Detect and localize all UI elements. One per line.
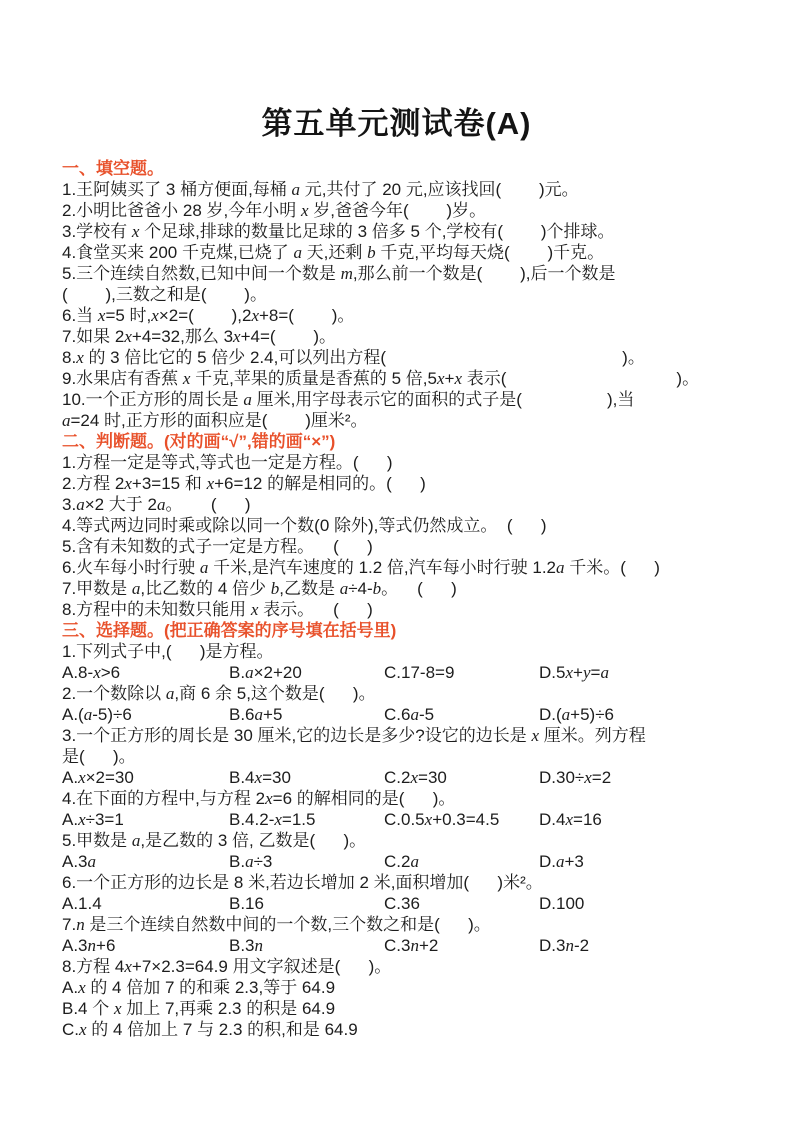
question-line: 10.一个正方形的周长是 a 厘米,用字母表示它的面积的式子是( ),当 <box>62 389 769 410</box>
option-item: D.(a+5)÷6 <box>539 704 614 725</box>
option-item: D.100 <box>539 893 584 914</box>
question-line: 4.食堂买来 200 千克煤,已烧了 a 天,还剩 b 千克,平均每天烧( )千… <box>62 242 769 263</box>
options-row: A.8-x>6B.a×2+20C.17-8=9D.5x+y=a <box>62 662 769 683</box>
question-line: 9.水果店有香蕉 x 千克,苹果的质量是香蕉的 5 倍,5x+x 表示( )。 <box>62 368 769 389</box>
question-line: 4.等式两边同时乘或除以同一个数(0 除外),等式仍然成立。 ( ) <box>62 515 769 536</box>
question-line: 3.一个正方形的周长是 30 厘米,它的边长是多少?设它的边长是 x 厘米。列方… <box>62 725 769 746</box>
option-item: D.5x+y=a <box>539 662 609 683</box>
question-line: 2.方程 2x+3=15 和 x+6=12 的解是相同的。( ) <box>62 473 769 494</box>
question-line: A.x 的 4 倍加 7 的和乘 2.3,等于 64.9 <box>62 977 769 998</box>
option-item: A.8-x>6 <box>62 662 229 683</box>
section-multiple-choice: 三、选择题。(把正确答案的序号填在括号里) 1.下列式子中,( )是方程。A.8… <box>62 620 769 1040</box>
option-item: D.a+3 <box>539 851 584 872</box>
question-line: B.4 个 x 加上 7,再乘 2.3 的积是 64.9 <box>62 998 769 1019</box>
options-row: A.(a-5)÷6B.6a+5C.6a-5D.(a+5)÷6 <box>62 704 769 725</box>
option-item: A.1.4 <box>62 893 229 914</box>
option-item: C.0.5x+0.3=4.5 <box>384 809 539 830</box>
options-row: A.3n+6B.3nC.3n+2D.3n-2 <box>62 935 769 956</box>
option-item: C.17-8=9 <box>384 662 539 683</box>
options-row: A.x×2=30B.4x=30C.2x=30D.30÷x=2 <box>62 767 769 788</box>
question-line: 4.在下面的方程中,与方程 2x=6 的解相同的是( )。 <box>62 788 769 809</box>
section-true-false: 二、判断题。(对的画“√”,错的画“×”) 1.方程一定是等式,等式也一定是方程… <box>62 431 769 620</box>
section-3-questions: 1.下列式子中,( )是方程。A.8-x>6B.a×2+20C.17-8=9D.… <box>62 641 769 1040</box>
question-line: ( ),三数之和是( )。 <box>62 284 769 305</box>
question-line: 3.a×2 大于 2a。 ( ) <box>62 494 769 515</box>
option-item: D.3n-2 <box>539 935 589 956</box>
option-item: B.4x=30 <box>229 767 384 788</box>
test-paper-page: 第五单元测试卷(A) 一、填空题。 1.王阿姨买了 3 桶方便面,每桶 a 元,… <box>0 0 793 1122</box>
option-item: A.x×2=30 <box>62 767 229 788</box>
option-item: C.2a <box>384 851 539 872</box>
question-line: 1.王阿姨买了 3 桶方便面,每桶 a 元,共付了 20 元,应该找回( )元。 <box>62 179 769 200</box>
question-line: 3.学校有 x 个足球,排球的数量比足球的 3 倍多 5 个,学校有( )个排球… <box>62 221 769 242</box>
option-item: B.a×2+20 <box>229 662 384 683</box>
option-item: B.a÷3 <box>229 851 384 872</box>
question-line: 2.一个数除以 a,商 6 余 5,这个数是( )。 <box>62 683 769 704</box>
option-item: B.6a+5 <box>229 704 384 725</box>
section-2-questions: 1.方程一定是等式,等式也一定是方程。( )2.方程 2x+3=15 和 x+6… <box>62 452 769 620</box>
section-1-questions: 1.王阿姨买了 3 桶方便面,每桶 a 元,共付了 20 元,应该找回( )元。… <box>62 179 769 431</box>
question-line: 7.甲数是 a,比乙数的 4 倍少 b,乙数是 a÷4-b。 ( ) <box>62 578 769 599</box>
option-item: A.(a-5)÷6 <box>62 704 229 725</box>
question-line: 8.方程中的未知数只能用 x 表示。 ( ) <box>62 599 769 620</box>
option-item: B.3n <box>229 935 384 956</box>
page-title: 第五单元测试卷(A) <box>0 98 793 143</box>
options-row: A.1.4B.16C.36D.100 <box>62 893 769 914</box>
question-line: 8.x 的 3 倍比它的 5 倍少 2.4,可以列出方程( )。 <box>62 347 769 368</box>
question-line: 7.如果 2x+4=32,那么 3x+4=( )。 <box>62 326 769 347</box>
question-line: a=24 时,正方形的面积应是( )厘米²。 <box>62 410 769 431</box>
question-line: 6.当 x=5 时,x×2=( ),2x+8=( )。 <box>62 305 769 326</box>
option-item: A.x÷3=1 <box>62 809 229 830</box>
section-3-heading: 三、选择题。(把正确答案的序号填在括号里) <box>62 620 769 641</box>
option-item: C.2x=30 <box>384 767 539 788</box>
question-line: 5.三个连续自然数,已知中间一个数是 m,那么前一个数是( ),后一个数是 <box>62 263 769 284</box>
question-line: 8.方程 4x+7×2.3=64.9 用文字叙述是( )。 <box>62 956 769 977</box>
option-item: B.4.2-x=1.5 <box>229 809 384 830</box>
option-item: C.6a-5 <box>384 704 539 725</box>
section-fill-in-blanks: 一、填空题。 1.王阿姨买了 3 桶方便面,每桶 a 元,共付了 20 元,应该… <box>62 158 769 431</box>
question-line: 是( )。 <box>62 746 769 767</box>
paper-content: 一、填空题。 1.王阿姨买了 3 桶方便面,每桶 a 元,共付了 20 元,应该… <box>0 158 793 1040</box>
question-line: C.x 的 4 倍加上 7 与 2.3 的积,和是 64.9 <box>62 1019 769 1040</box>
option-item: C.36 <box>384 893 539 914</box>
section-2-heading: 二、判断题。(对的画“√”,错的画“×”) <box>62 431 769 452</box>
option-item: A.3n+6 <box>62 935 229 956</box>
question-line: 2.小明比爸爸小 28 岁,今年小明 x 岁,爸爸今年( )岁。 <box>62 200 769 221</box>
question-line: 6.一个正方形的边长是 8 米,若边长增加 2 米,面积增加( )米²。 <box>62 872 769 893</box>
option-item: A.3a <box>62 851 229 872</box>
question-line: 6.火车每小时行驶 a 千米,是汽车速度的 1.2 倍,汽车每小时行驶 1.2a… <box>62 557 769 578</box>
question-line: 7.n 是三个连续自然数中间的一个数,三个数之和是( )。 <box>62 914 769 935</box>
option-item: C.3n+2 <box>384 935 539 956</box>
option-item: D.30÷x=2 <box>539 767 611 788</box>
question-line: 5.甲数是 a,是乙数的 3 倍, 乙数是( )。 <box>62 830 769 851</box>
question-line: 1.方程一定是等式,等式也一定是方程。( ) <box>62 452 769 473</box>
options-row: A.3aB.a÷3C.2aD.a+3 <box>62 851 769 872</box>
section-1-heading: 一、填空题。 <box>62 158 769 179</box>
question-line: 5.含有未知数的式子一定是方程。 ( ) <box>62 536 769 557</box>
option-item: B.16 <box>229 893 384 914</box>
option-item: D.4x=16 <box>539 809 602 830</box>
question-line: 1.下列式子中,( )是方程。 <box>62 641 769 662</box>
options-row: A.x÷3=1B.4.2-x=1.5C.0.5x+0.3=4.5D.4x=16 <box>62 809 769 830</box>
